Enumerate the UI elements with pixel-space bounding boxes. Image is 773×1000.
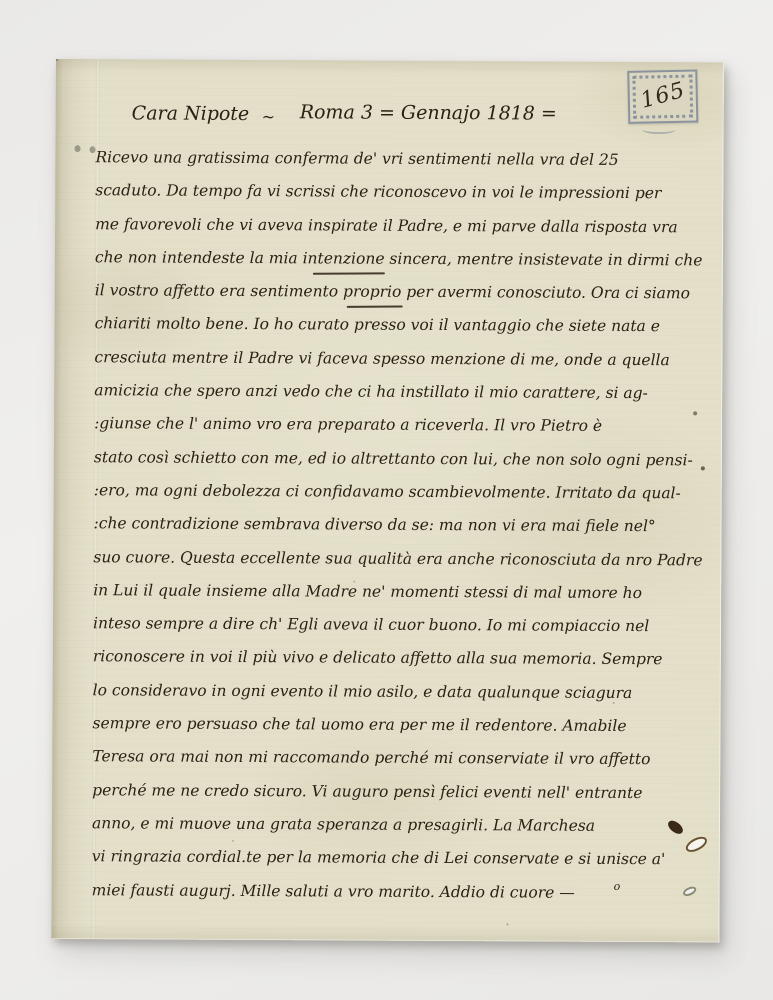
- letter-line: amicizia che spero anzi vedo che ci ha i…: [94, 374, 706, 411]
- letter-line: che non intendeste la mia intenzione sin…: [95, 241, 707, 278]
- letter-line: suo cuore. Questa eccellente sua qualità…: [93, 541, 705, 578]
- letter-text: Cara Nipote ~ Roma 3 = Gennajo 1818 = Ri…: [92, 95, 708, 910]
- letter-line: lo consideravo in ogni evento il mio asi…: [93, 674, 705, 711]
- letter-line: in Lui il quale insieme alla Madre ne' m…: [93, 574, 705, 611]
- letter-line: cresciuta mentre il Padre vi faceva spes…: [94, 341, 706, 378]
- letter-body: Ricevo una gratissima conferma de' vri s…: [92, 141, 708, 910]
- margin-dot: [75, 145, 81, 152]
- heading-flourish: ~: [262, 100, 276, 133]
- letter-line: stato così schietto con me, ed io altret…: [94, 441, 706, 478]
- letter-line: anno, e mi muove una grata speranza a pr…: [92, 807, 704, 844]
- photo-background: 165 Cara Nipote ~ Roma 3 = Gennajo 1818 …: [0, 0, 773, 1000]
- letter-line: inteso sempre a dire ch' Egli aveva il c…: [93, 607, 705, 644]
- ink-underline-proprio: [347, 306, 403, 308]
- letter-line: sempre ero persuaso che tal uomo era per…: [92, 707, 704, 744]
- letter-line: :ero, ma ogni debolezza ci confidavamo s…: [94, 474, 706, 511]
- salutation: Cara Nipote: [132, 97, 250, 131]
- letter-line: :che contradizione sembrava diverso da s…: [93, 507, 705, 544]
- letter-line: miei fausti augurj. Mille saluti a vro m…: [92, 874, 704, 911]
- letter-line: :giunse che l' animo vro era preparato a…: [94, 408, 706, 445]
- letter-line: vi ringrazia cordial.te per la memoria c…: [92, 840, 704, 877]
- letter-paper: 165 Cara Nipote ~ Roma 3 = Gennajo 1818 …: [51, 59, 724, 942]
- paper-specks: [56, 59, 58, 61]
- letter-line: riconoscere in voi il più vivo e delicat…: [93, 641, 705, 678]
- dateline: Roma 3 = Gennajo 1818 =: [300, 96, 557, 131]
- letter-line: Teresa ora mai non mi raccomando perché …: [92, 741, 704, 778]
- ink-underline-intenzione: [313, 272, 385, 274]
- letter-line: me favorevoli che vi aveva inspirate il …: [95, 208, 707, 245]
- end-flourish-mark: o: [614, 880, 621, 893]
- letter-line: perché me ne credo sicuro. Vi auguro pen…: [92, 774, 704, 811]
- letter-line: scaduto. Da tempo fa vi scrissi che rico…: [95, 175, 707, 212]
- letter-line: chiariti molto bene. Io ho curato presso…: [95, 308, 707, 345]
- letter-heading: Cara Nipote ~ Roma 3 = Gennajo 1818 =: [96, 95, 708, 144]
- letter-line: Ricevo una gratissima conferma de' vri s…: [95, 141, 707, 178]
